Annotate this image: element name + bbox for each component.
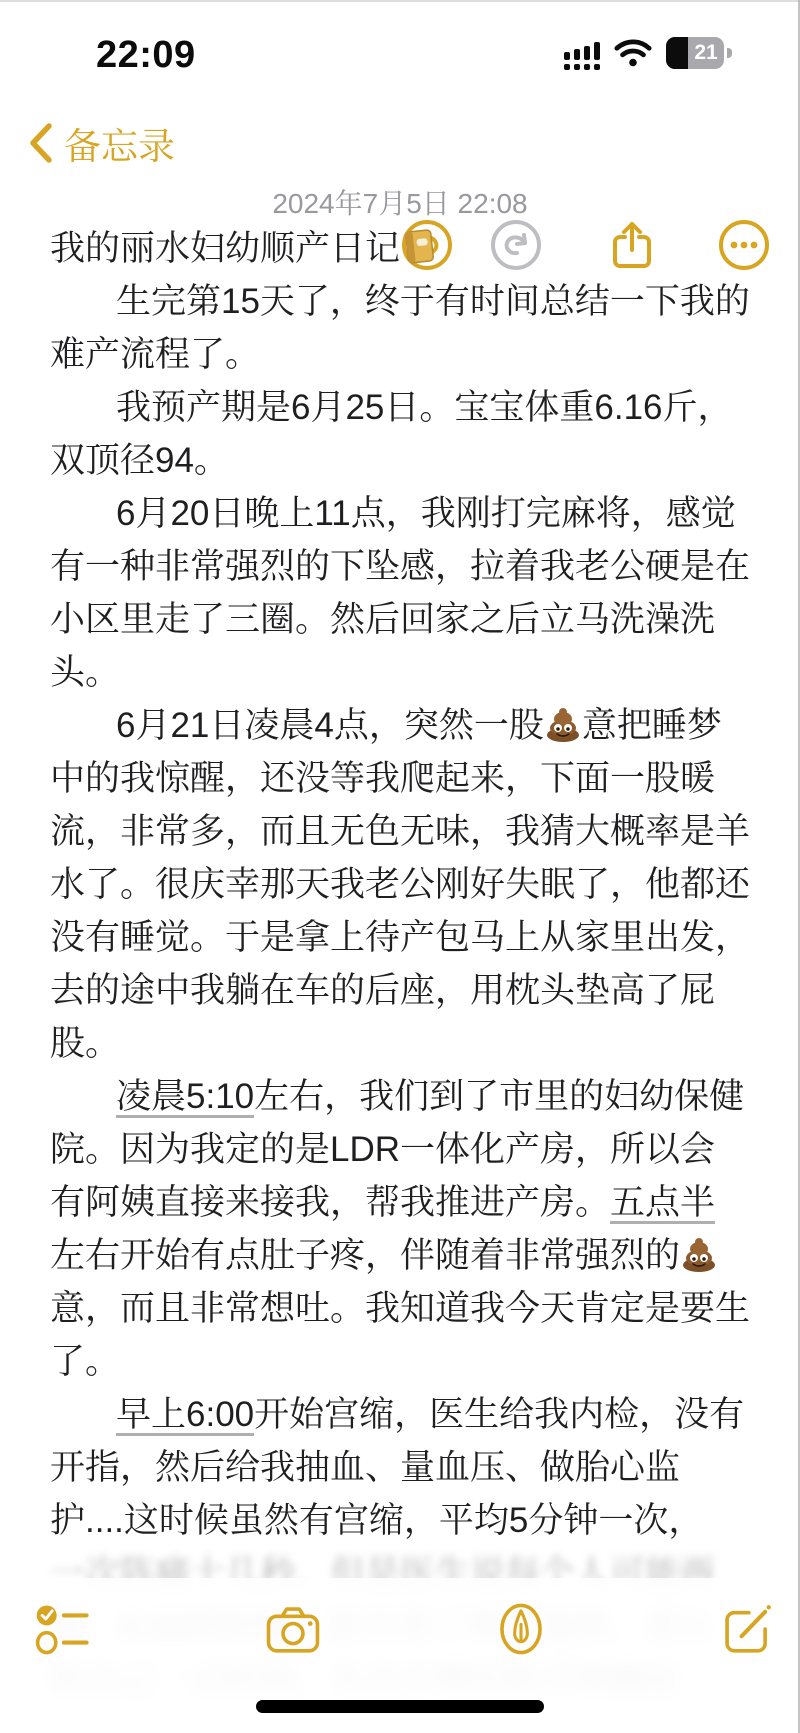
markup-pen-button[interactable] (492, 1600, 550, 1658)
note-paragraph[interactable]: 凌晨5:10左右，我们到了市里的妇幼保健院。因为我定的是LDR一体化产房，所以会… (50, 1070, 750, 1388)
note-text: 生完第15天了，终于有时间总结一下我的难产流程了。 (50, 282, 750, 374)
battery-fill (666, 37, 688, 69)
note-body[interactable]: 我的丽水妇幼顺产日记 生完第15天了，终于有时间总结一下我的难产流程了。我预产期… (0, 222, 800, 1706)
notes-app-screen: 22:09 21 (0, 0, 800, 1733)
detected-data-link[interactable]: 凌晨5:10 (116, 1077, 254, 1116)
note-paragraph[interactable]: 6月21日凌晨4点，突然一股 意把睡梦中的我惊醒，还没等我爬起来，下面一股暖流，… (50, 699, 750, 1070)
note-paragraph[interactable]: 早上6:00开始宫缩，医生给我内检，没有开指，然后给我抽血、量血压、做胎心监护.… (50, 1388, 750, 1547)
cellular-signal-icon (564, 36, 600, 70)
notebook-emoji (400, 227, 438, 265)
note-text: 我的丽水妇幼顺产日记 (50, 229, 400, 268)
note-text: 我预产期是6月25日。宝宝体重6.16斤，双顶径94。 (50, 388, 733, 480)
detected-data-link[interactable]: 早上6:00 (116, 1395, 254, 1434)
note-paragraph[interactable]: 我预产期是6月25日。宝宝体重6.16斤，双顶径94。 (50, 381, 750, 487)
poop-emoji (680, 1234, 718, 1272)
note-text: 6月20日晚上11点，我刚打完麻将，感觉有一种非常强烈的下坠感，拉着我老公硬是在… (50, 494, 750, 692)
checklist-button[interactable] (34, 1600, 92, 1658)
back-button[interactable]: 备忘录 (28, 116, 175, 170)
note-text: 意，而且非常想吐。我知道我今天肯定是要生了。 (50, 1289, 750, 1381)
note-text: 6月21日凌晨4点，突然一股 (116, 706, 544, 745)
back-button-label: 备忘录 (64, 116, 175, 170)
clock: 22:09 (96, 34, 196, 77)
battery-percent: 21 (688, 37, 724, 69)
home-indicator[interactable] (256, 1700, 544, 1713)
compose-note-button[interactable] (718, 1600, 776, 1658)
poop-emoji (544, 704, 582, 742)
note-paragraph[interactable]: 6月20日晚上11点，我刚打完麻将，感觉有一种非常强烈的下坠感，拉着我老公硬是在… (50, 487, 750, 699)
note-paragraph[interactable]: 我的丽水妇幼顺产日记 (50, 222, 750, 275)
note-text: 意把睡梦中的我惊醒，还没等我爬起来，下面一股暖流，非常多，而且无色无味，我猜大概… (50, 706, 750, 1063)
wifi-icon (614, 38, 652, 68)
status-bar: 22:09 21 (0, 0, 800, 90)
note-paragraphs: 我的丽水妇幼顺产日记 生完第15天了，终于有时间总结一下我的难产流程了。我预产期… (50, 222, 750, 1547)
back-chevron-icon (28, 121, 54, 165)
detected-data-link[interactable]: 五点半 (610, 1183, 715, 1222)
battery-indicator: 21 (666, 37, 732, 69)
note-date: 2024年7月5日 22:08 (0, 182, 800, 222)
note-text: 左右开始有点肚子疼，伴随着非常强烈的 (50, 1236, 680, 1275)
note-paragraph[interactable]: 生完第15天了，终于有时间总结一下我的难产流程了。 (50, 275, 750, 381)
screen-edge-artifact-top (0, 0, 800, 2)
nav-bar: 备忘录 (0, 100, 800, 186)
camera-button[interactable] (264, 1600, 322, 1658)
